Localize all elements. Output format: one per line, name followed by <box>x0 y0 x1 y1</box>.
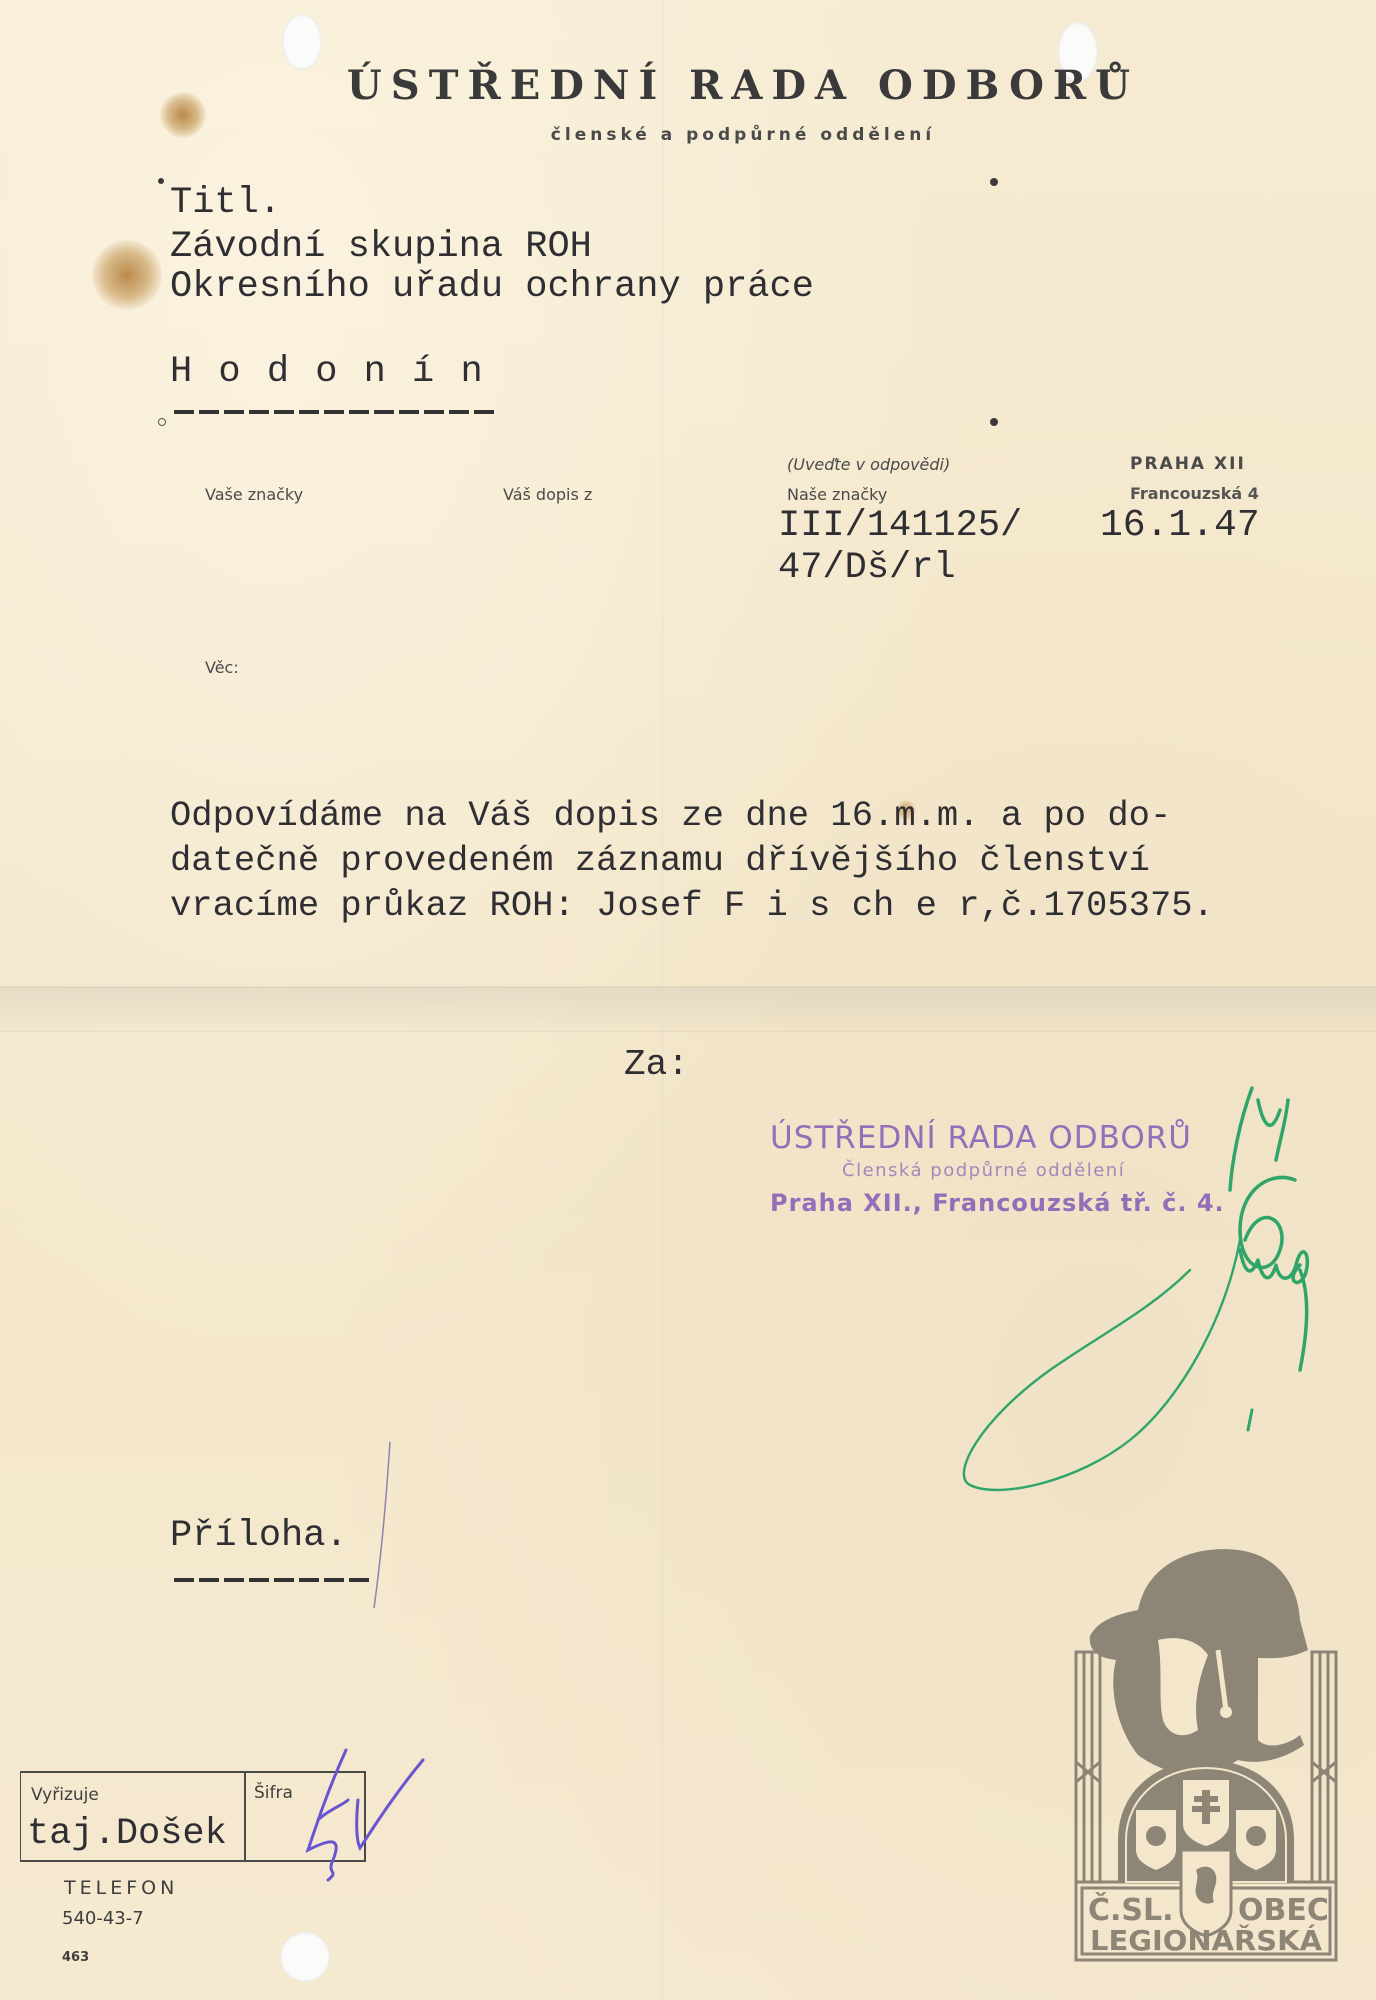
legionnaire-emblem-icon: Č.SL. OBEC LEGIONÁŘSKÁ <box>1068 1540 1344 1962</box>
reply-note-label: (Uveďte v odpovědi) <box>787 455 950 474</box>
legion-watermark-logo: Č.SL. OBEC LEGIONÁŘSKÁ <box>1068 1540 1344 1962</box>
address-corner-mark <box>158 418 166 426</box>
paper-fold-band <box>0 988 1376 1028</box>
subject-label: Věc: <box>205 658 239 677</box>
your-ref-label: Vaše značky <box>205 485 303 504</box>
recipient-salutation: Titl. <box>170 183 281 223</box>
body-line-1: Odpovídáme na Váš dopis ze dne 16.m.m. a… <box>170 793 1171 838</box>
recipient-city: H o d o n í n <box>170 352 485 392</box>
organization-title: ÚSTŘEDNÍ RADA ODBORŮ <box>0 62 1376 109</box>
letter-date: 16.1.47 <box>1100 505 1260 547</box>
watermark-line2: LEGIONÁŘSKÁ <box>1090 1923 1322 1957</box>
horizontal-fold-line <box>0 1030 1376 1033</box>
city-underline <box>174 410 496 414</box>
watermark-line1-right: OBEC <box>1238 1893 1329 1928</box>
punch-hole <box>280 1932 330 1982</box>
our-ref-value-line-2: 47/Dš/rl <box>778 547 956 589</box>
attachment-label: Příloha. <box>170 1515 348 1557</box>
office-address: Francouzská 4 <box>1130 484 1259 503</box>
pencil-mark <box>368 1440 398 1610</box>
cipher-initials-mark <box>288 1740 428 1890</box>
address-corner-mark <box>158 178 164 184</box>
attachment-underline <box>174 1578 372 1582</box>
horizontal-fold-line <box>0 986 1376 989</box>
closing-za: Za: <box>624 1044 689 1085</box>
handled-by-label: Vyřizuje <box>31 1785 99 1805</box>
body-line-3: vracíme průkaz ROH: Josef F i s ch e r,č… <box>170 883 1214 928</box>
address-corner-mark <box>990 178 998 186</box>
phone-number: 540-43-7 <box>62 1908 144 1929</box>
handled-by-value: taj.Došek <box>27 1813 227 1855</box>
handwritten-signature <box>940 1080 1360 1500</box>
phone-label: TELEFON <box>64 1877 178 1899</box>
our-ref-label: Naše značky <box>787 485 887 504</box>
your-letter-label: Váš dopis z <box>503 485 592 504</box>
rust-stain <box>92 240 162 310</box>
watermark-line1-left: Č.SL. <box>1088 1891 1174 1928</box>
our-ref-value-line-1: III/141125/ <box>778 505 1022 547</box>
form-number: 463 <box>62 1950 89 1965</box>
recipient-line-1: Závodní skupina ROH <box>170 227 592 267</box>
address-corner-mark <box>990 418 998 426</box>
department-subtitle: členské a podpůrné oddělení <box>0 125 1376 145</box>
recipient-line-2: Okresního uřadu ochrany práce <box>170 267 814 307</box>
handled-by-divider <box>244 1773 246 1860</box>
office-city: PRAHA XII <box>1130 454 1246 474</box>
body-line-2: datečně provedeném záznamu dřívějšího čl… <box>170 838 1150 883</box>
